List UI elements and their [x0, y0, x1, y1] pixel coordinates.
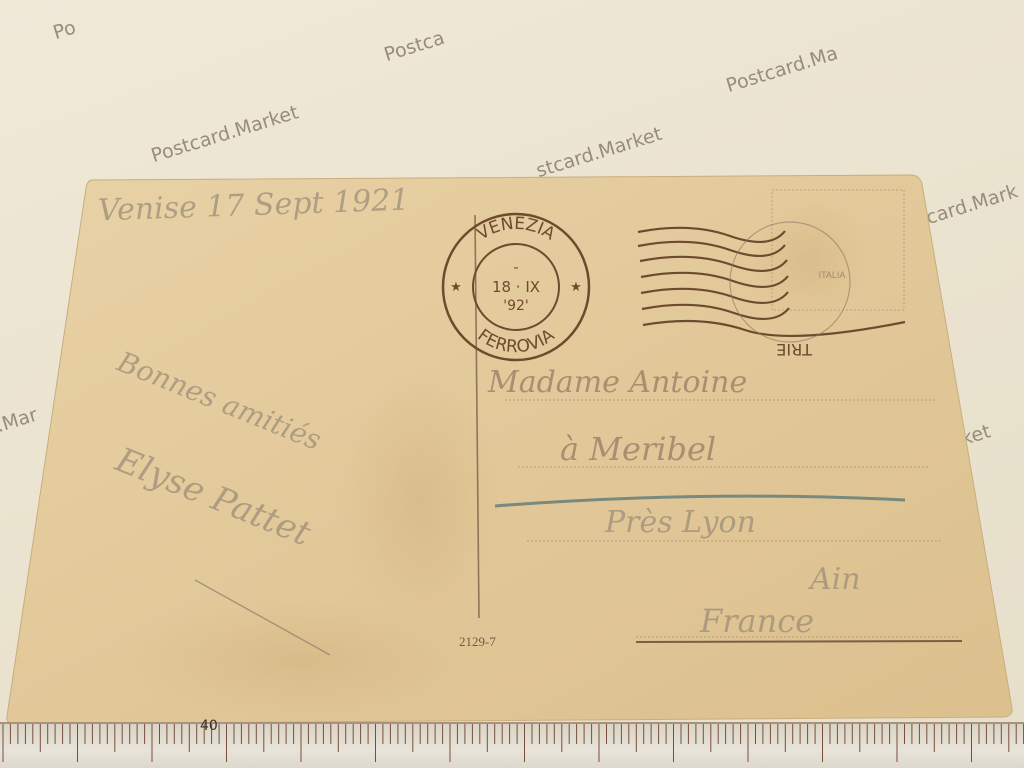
address-line-1: Madame Antoine [488, 365, 747, 400]
postmark-date: 18 · IX [492, 278, 540, 296]
postcard: VENEZIA FERROVIA - 18 · IX '92' ★ ★ TRIE… [0, 0, 1024, 768]
address-line-2: à Meribel [560, 430, 716, 468]
ruler-mark: 40 [200, 718, 218, 734]
ruler: 40 [0, 722, 1024, 768]
address-line-5: France [700, 602, 814, 640]
print-number: 2129-7 [459, 634, 496, 650]
underline [636, 641, 962, 642]
postmark-partial-text: TRIE [776, 340, 813, 359]
address-line-3: Près Lyon [605, 505, 756, 540]
postmark-dash: - [513, 260, 518, 276]
postmark-year: '92' [503, 298, 529, 314]
ruler-ticks [0, 722, 1024, 768]
star-icon: ★ [570, 280, 582, 295]
stamp-label: ITALIA [819, 270, 846, 280]
address-line-4: Ain [810, 562, 861, 597]
star-icon: ★ [450, 280, 462, 295]
